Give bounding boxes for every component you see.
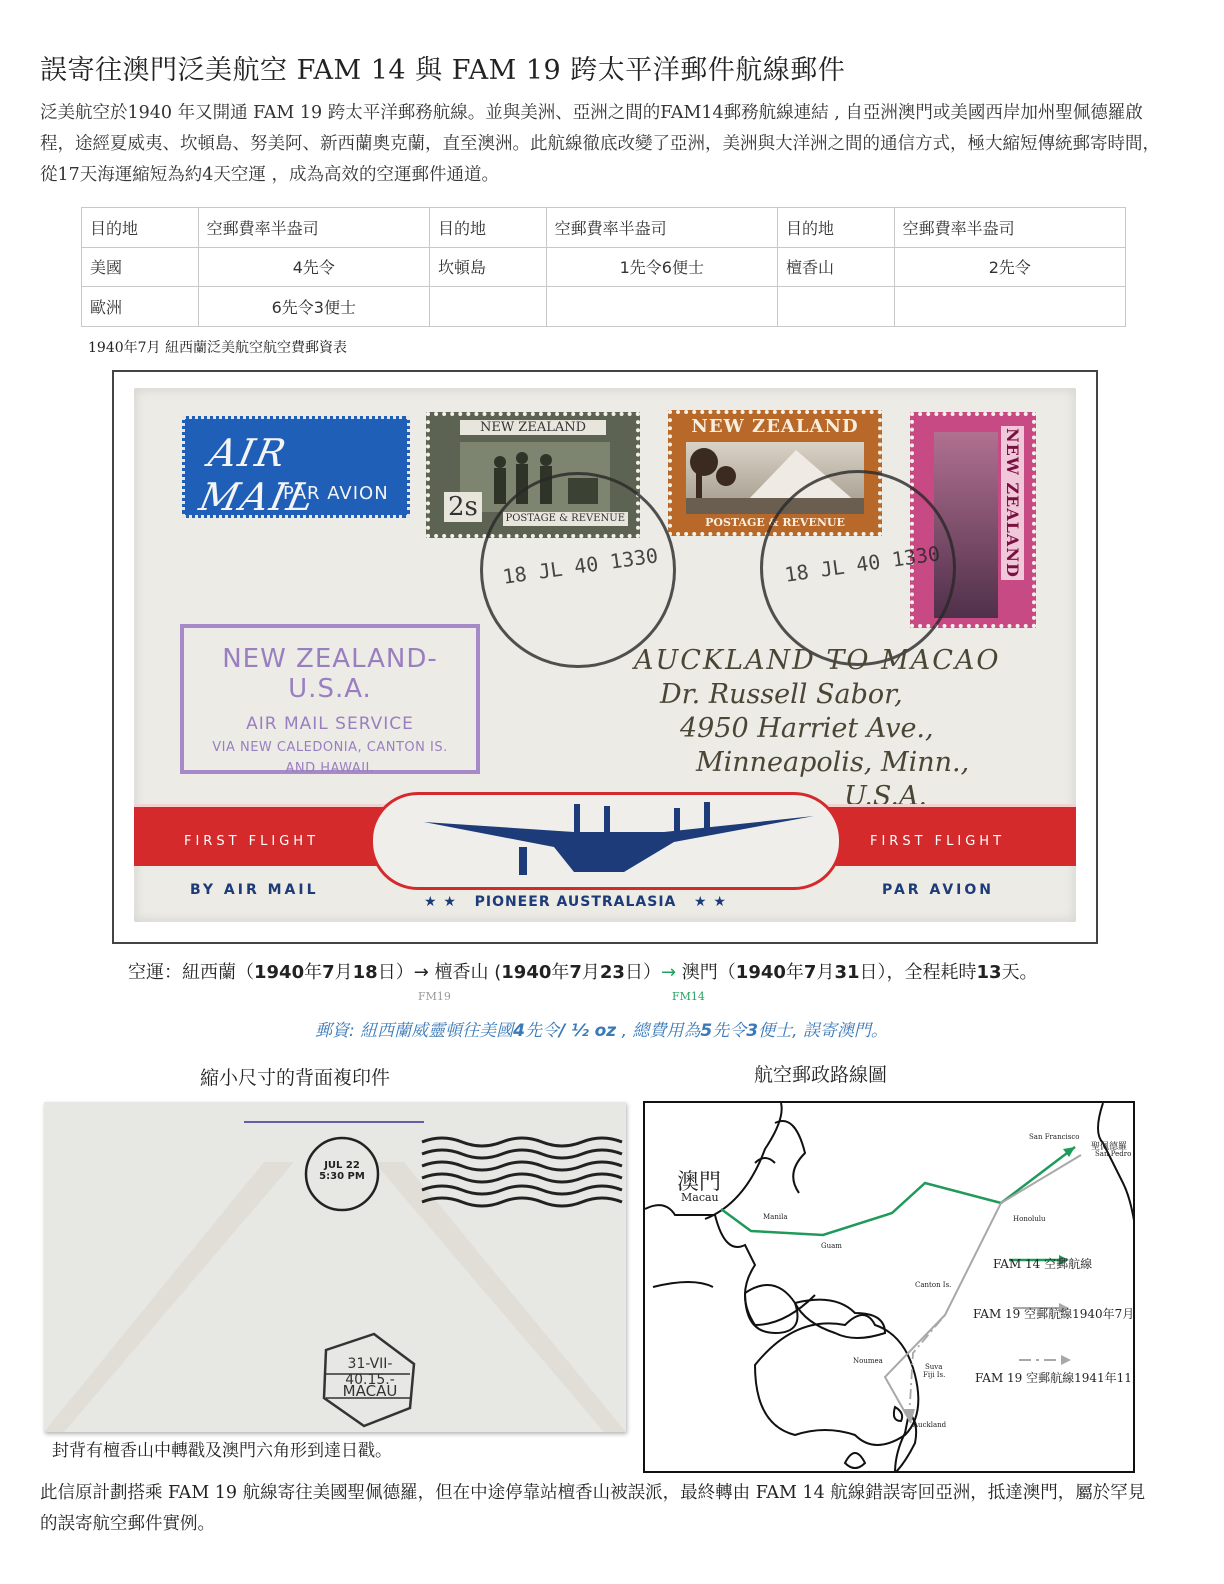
fm19-label: FM19 xyxy=(418,990,451,1003)
table-header-cell: 目的地 xyxy=(82,208,199,248)
legend-fam19-1940: FAM 19 空郵航線1940年7月 xyxy=(973,1305,1134,1322)
table-row: 歐洲 6先令3便士 xyxy=(82,287,1126,327)
airmail-label: AIR MAIL PAR AVION xyxy=(182,416,410,518)
cachet-box: NEW ZEALAND-U.S.A. AIR MAIL SERVICE VIA … xyxy=(180,624,480,774)
map-label-fiji: Fiji Is. xyxy=(923,1371,945,1379)
map-label-san-francisco: San Francisco xyxy=(1029,1133,1079,1141)
pioneer-australasia-label: ★ ★ PIONEER AUSTRALASIA ★ ★ xyxy=(424,894,727,910)
table-header-cell: 空郵費率半盎司 xyxy=(894,208,1125,248)
page-title: 誤寄往澳門泛美航空 FAM 14 與 FAM 19 跨太平洋郵件航線郵件 xyxy=(40,48,845,87)
table-cell: 4先令 xyxy=(198,247,429,287)
table-cell xyxy=(429,287,546,327)
map-label-suva: Suva xyxy=(925,1363,942,1371)
table-cell xyxy=(894,287,1125,327)
front-cover-frame: AIR MAIL PAR AVION NEW ZEALAND 2s POSTAG… xyxy=(112,370,1098,944)
table-header-cell: 空郵費率半盎司 xyxy=(546,208,777,248)
airmail-rates-table: 目的地 空郵費率半盎司 目的地 空郵費率半盎司 目的地 空郵費率半盎司 美國 4… xyxy=(81,207,1126,327)
pacific-map-outline-icon xyxy=(645,1103,1135,1473)
front-cover-image: AIR MAIL PAR AVION NEW ZEALAND 2s POSTAG… xyxy=(134,388,1076,922)
table-caption: 1940年7月 紐西蘭泛美航空航空費郵資表 xyxy=(88,337,347,357)
table-cell: 6先令3便士 xyxy=(198,287,429,327)
legend-fam19-1941-arrow-icon xyxy=(1061,1355,1071,1365)
honolulu-postmark-date: JUL 22 5:30 PM xyxy=(318,1160,366,1182)
map-label-san-pedro: San Pedro xyxy=(1095,1150,1131,1158)
back-cover-image: JUL 22 5:30 PM 31-VII-40.15.- MACAU xyxy=(44,1102,626,1432)
table-cell: 2先令 xyxy=(894,247,1125,287)
route-map-title: 航空郵政路線圖 xyxy=(754,1060,887,1087)
band-label-right: FIRST FLIGHT xyxy=(870,834,1005,849)
handwritten-address: AUCKLAND TO MACAO Dr. Russell Sabor, 495… xyxy=(634,644,1001,814)
legend-fam19-1941: FAM 19 空郵航線1941年11月 xyxy=(975,1369,1135,1386)
table-header-cell: 空郵費率半盎司 xyxy=(198,208,429,248)
table-cell xyxy=(777,287,894,327)
table-header-cell: 目的地 xyxy=(429,208,546,248)
table-cell: 歐洲 xyxy=(82,287,199,327)
route-summary: 空運：紐西蘭（1940年7月18日）→ 檀香山 (1940年7月23日）→ 澳門… xyxy=(128,958,1038,984)
map-label-noumea: Noumea xyxy=(853,1357,883,1365)
table-header-row: 目的地 空郵費率半盎司 目的地 空郵費率半盎司 目的地 空郵費率半盎司 xyxy=(82,208,1126,248)
map-label-canton: Canton Is. xyxy=(915,1281,951,1289)
intro-paragraph: 泛美航空於1940 年又開通 FAM 19 跨太平洋郵務航線。並與美洲、亞洲之間… xyxy=(40,98,1160,191)
airmail-label-text: PAR AVION xyxy=(283,483,389,504)
back-cover-title: 縮小尺寸的背面複印件 xyxy=(200,1063,390,1090)
postage-note: 郵資: 紐西蘭威靈頓往美國4先令/ ½ oz , 總費用為5先令3便士, 誤寄澳… xyxy=(315,1016,888,1041)
legend-fam14: FAM 14 空郵航線 xyxy=(993,1255,1092,1272)
table-cell: 坎頓島 xyxy=(429,247,546,287)
map-label-manila: Manila xyxy=(763,1213,788,1221)
flying-boat-icon xyxy=(424,802,814,882)
by-air-mail-label: BY AIR MAIL xyxy=(190,882,319,898)
fm14-label: FM14 xyxy=(672,990,705,1003)
table-row: 美國 4先令 坎頓島 1先令6便士 檀香山 2先令 xyxy=(82,247,1126,287)
green-arrow-icon: → xyxy=(661,962,676,983)
band-label-left: FIRST FLIGHT xyxy=(184,834,319,849)
table-cell: 美國 xyxy=(82,247,199,287)
table-cell xyxy=(546,287,777,327)
route-map: 澳門 Macau Manila Guam Honolulu San Franci… xyxy=(643,1101,1135,1473)
table-cell: 1先令6便士 xyxy=(546,247,777,287)
map-label-honolulu: Honolulu xyxy=(1013,1215,1046,1223)
table-header-cell: 目的地 xyxy=(777,208,894,248)
map-label-auckland: Auckland xyxy=(913,1421,946,1429)
airmail-label-script: AIR MAIL xyxy=(196,431,417,519)
table-cell: 檀香山 xyxy=(777,247,894,287)
par-avion-label: PAR AVION xyxy=(882,882,994,898)
closing-paragraph: 此信原計劃搭乘 FAM 19 航線寄往美國聖佩德羅，但在中途停靠站檀香山被誤派，… xyxy=(40,1478,1160,1540)
map-label-macau: Macau xyxy=(681,1191,719,1204)
map-label-guam: Guam xyxy=(821,1242,842,1250)
back-cover-caption: 封背有檀香山中轉戳及澳門六角形到達日戳。 xyxy=(52,1436,392,1461)
macau-postmark-city: MACAU xyxy=(340,1382,400,1400)
